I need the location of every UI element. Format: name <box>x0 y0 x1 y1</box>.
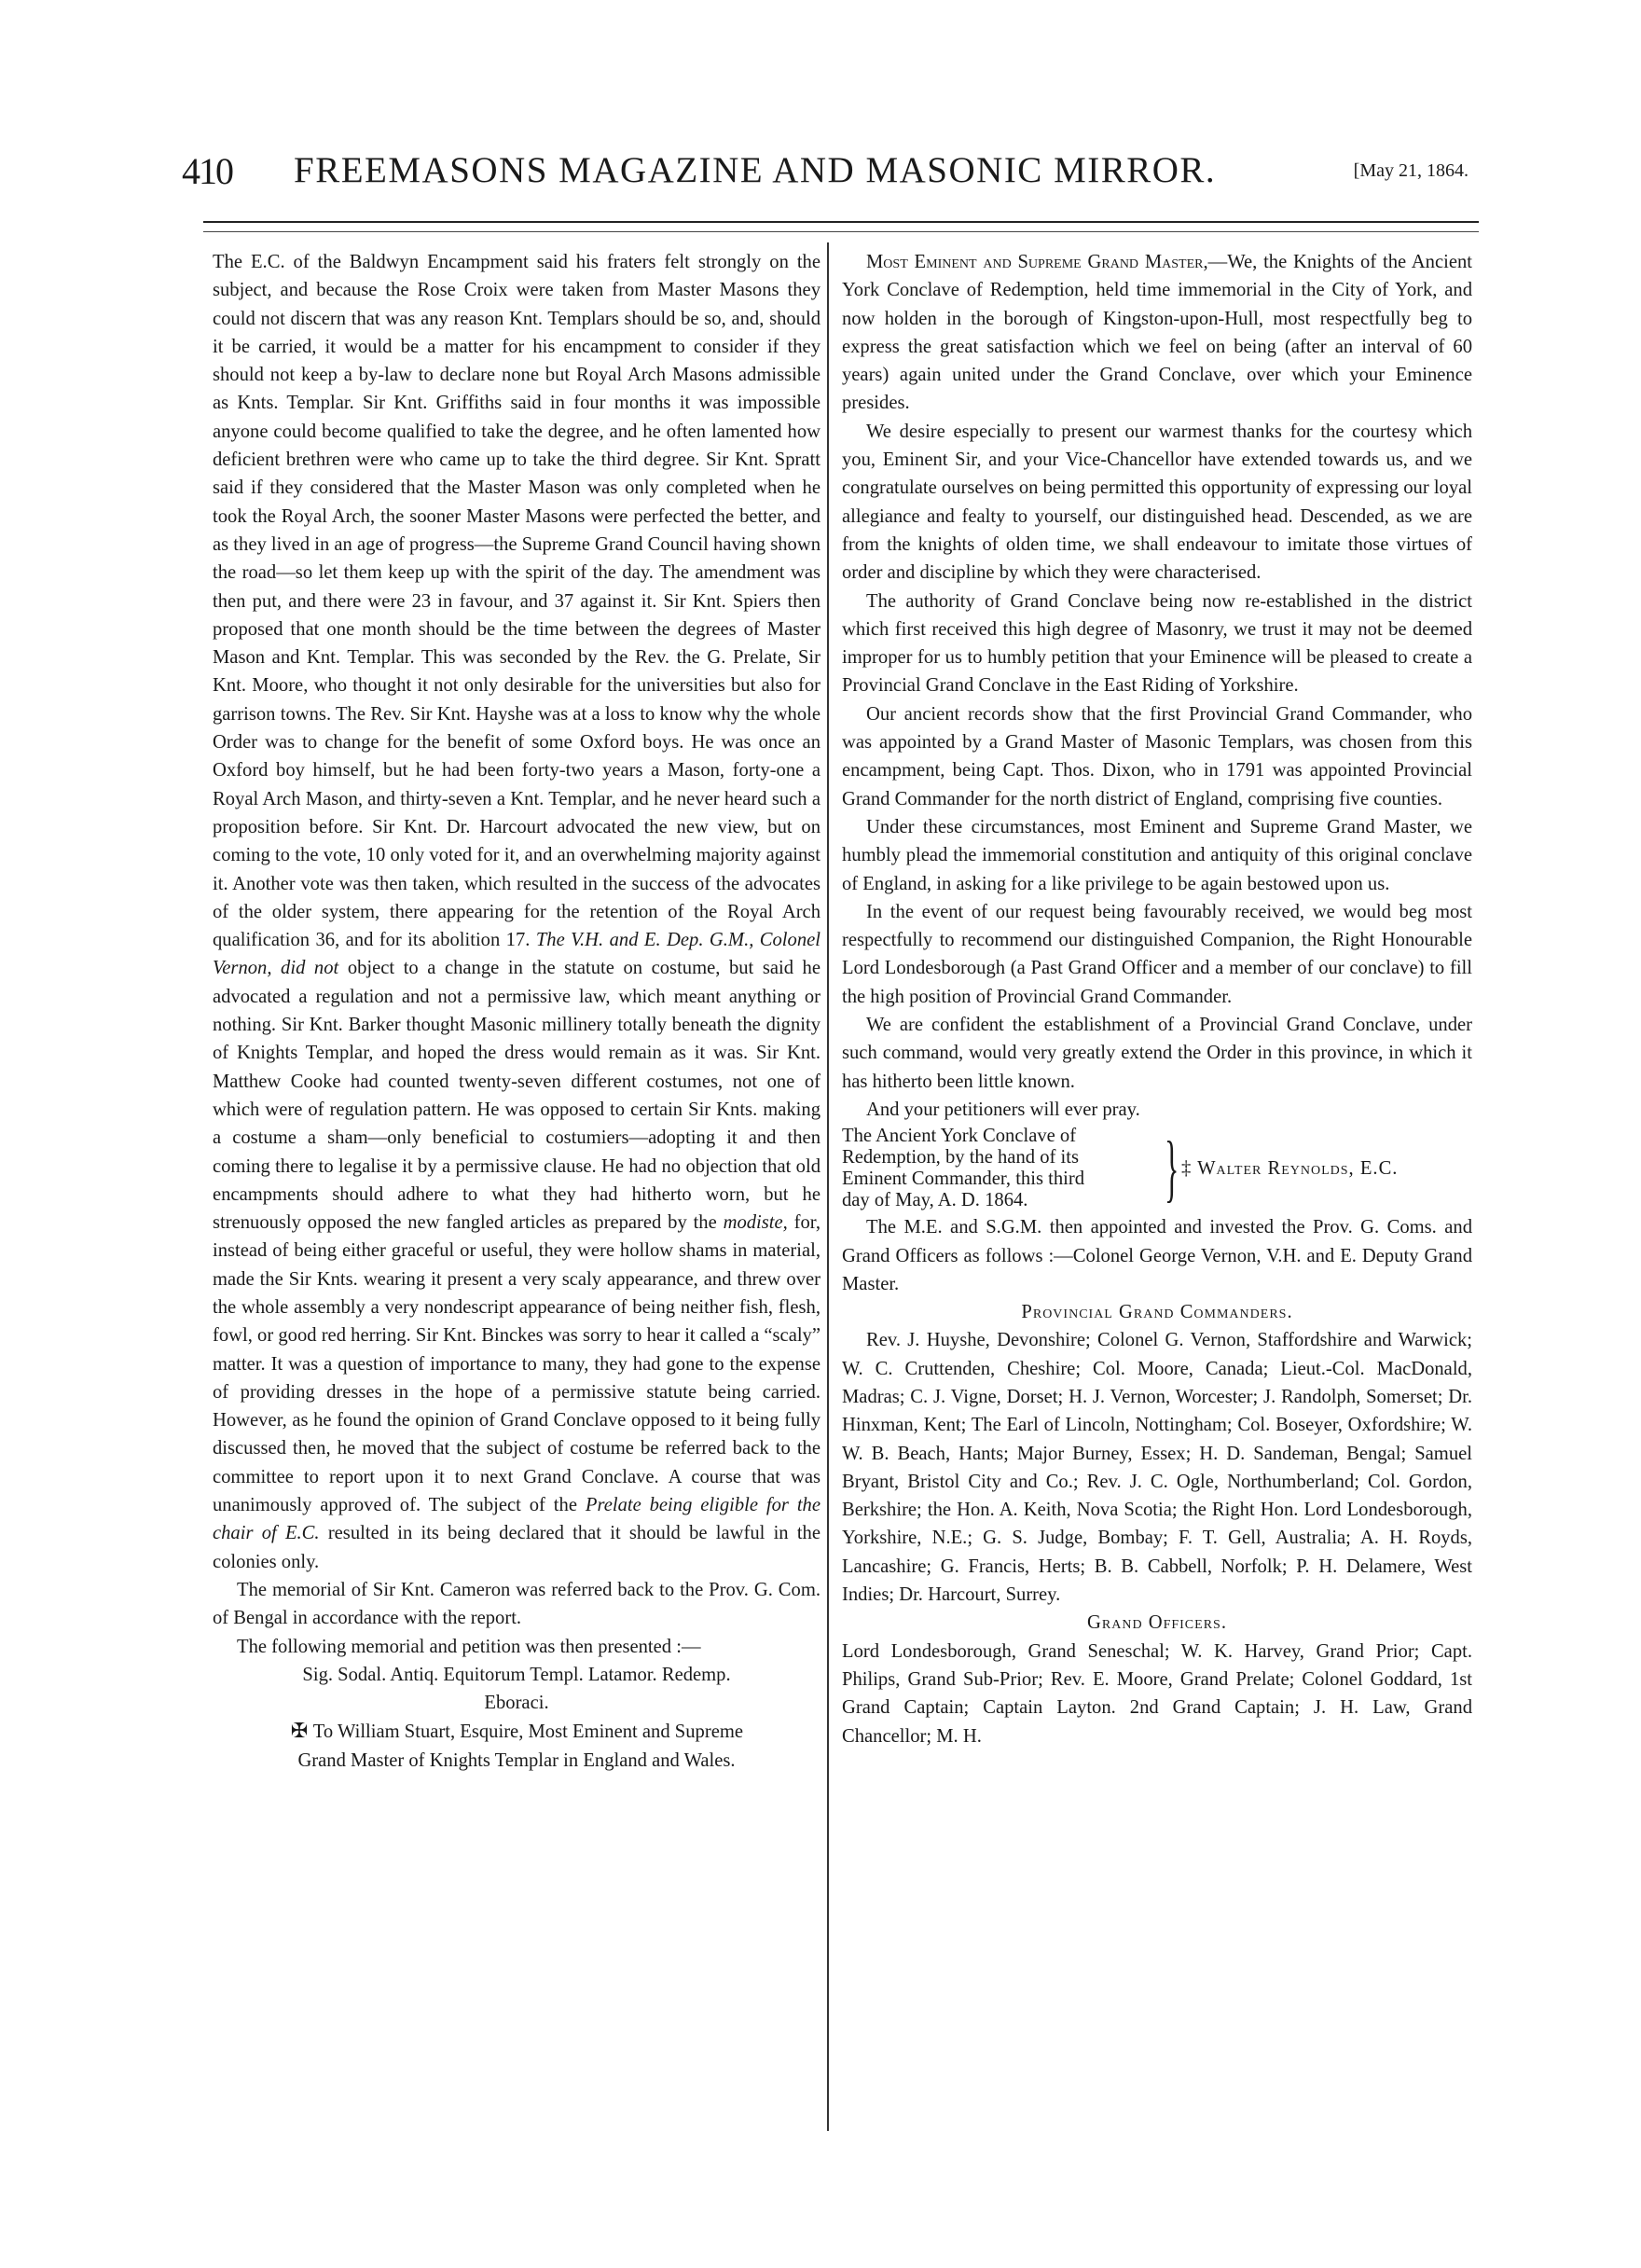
latin-heading-line1: Sig. Sodal. Antiq. Equitorum Templ. Lata… <box>213 1661 820 1689</box>
header-rule-top <box>203 221 1479 223</box>
paragraph-thanks: We desire especially to present our warm… <box>842 418 1472 588</box>
paragraph-request: In the event of our request being favour… <box>842 898 1472 1011</box>
paragraph-appointments: The M.E. and S.G.M. then appointed and i… <box>842 1213 1472 1298</box>
templar-cross-icon: ✠ <box>290 1717 309 1745</box>
paragraph-ancient-records: Our ancient records show that the first … <box>842 700 1472 813</box>
signature-block: The Ancient York Conclave of Redemption,… <box>842 1126 1472 1211</box>
brace-icon: } <box>1165 1131 1172 1206</box>
issue-date: [May 21, 1864. <box>1354 160 1469 182</box>
paragraph-petitioners: And your petitioners will ever pray. <box>842 1096 1472 1124</box>
list-provincial-commanders: Rev. J. Huyshe, Devonshire; Colonel G. V… <box>842 1326 1472 1609</box>
paragraph-salutation: Most Eminent and Supreme Grand Master,—W… <box>842 248 1472 418</box>
paragraph-authority: The authority of Grand Conclave being no… <box>842 588 1472 700</box>
left-column: The E.C. of the Baldwyn Encampment said … <box>213 248 820 1775</box>
latin-heading-line2: Eboraci. <box>213 1689 820 1717</box>
page-number: 410 <box>182 149 232 193</box>
paragraph-confident: We are confident the establishment of a … <box>842 1011 1472 1096</box>
address-line2: Grand Master of Knights Templar in Engla… <box>213 1747 820 1775</box>
magazine-title: FREEMASONS MAGAZINE AND MASONIC MIRROR. <box>294 149 1216 191</box>
header-rule-bottom <box>203 231 1479 232</box>
signer: ‡ Walter Reynolds, E.C. <box>1181 1158 1398 1180</box>
double-dagger-icon: ‡ <box>1181 1158 1192 1179</box>
page-header: 410 FREEMASONS MAGAZINE AND MASONIC MIRR… <box>182 149 1469 196</box>
paragraph-cameron-memorial: The memorial of Sir Knt. Cameron was ref… <box>213 1576 820 1633</box>
list-grand-officers: Lord Londesborough, Grand Seneschal; W. … <box>842 1638 1472 1750</box>
address-line1: ✠ To William Stuart, Esquire, Most Emine… <box>213 1717 820 1746</box>
paragraph-grand-conclave-debate: The E.C. of the Baldwyn Encampment said … <box>213 248 820 1576</box>
column-divider <box>827 242 829 2131</box>
paragraph-circumstances: Under these circumstances, most Eminent … <box>842 813 1472 898</box>
heading-provincial-commanders: Provincial Grand Commanders. <box>842 1298 1472 1326</box>
paragraph-memorial-presented: The following memorial and petition was … <box>213 1633 820 1661</box>
right-column: Most Eminent and Supreme Grand Master,—W… <box>842 248 1472 1750</box>
signature-attribution: The Ancient York Conclave of Redemption,… <box>842 1126 1155 1211</box>
heading-grand-officers: Grand Officers. <box>842 1609 1472 1637</box>
